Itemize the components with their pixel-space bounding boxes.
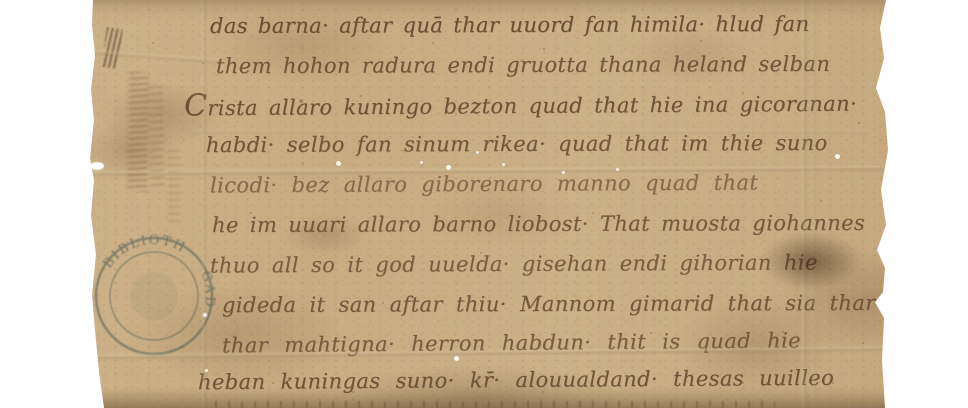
fold-crease — [812, 0, 816, 408]
dark-stain — [762, 232, 862, 290]
fold-crease — [802, 0, 806, 408]
manuscript-text-line: them hohon radura endi gruotta thana hel… — [216, 51, 830, 79]
margin-bleedthrough-text — [168, 150, 180, 222]
manuscript-photo: BIBLIOTH GAD das barna· aftar quā thar u… — [0, 0, 968, 408]
manuscript-text-line: thuo all so it god uuelda· gisehan endi … — [210, 249, 818, 278]
parchment-hole — [203, 313, 207, 317]
partial-bottom-line — [215, 401, 775, 408]
manuscript-text-line: Crista allaro kuningo bezton quad that h… — [184, 89, 857, 122]
parchment-sheet: BIBLIOTH GAD das barna· aftar quā thar u… — [0, 0, 968, 408]
fold-crease — [190, 129, 868, 134]
manuscript-text-line: habdi· selbo fan sinum rikea· quad that … — [206, 130, 828, 158]
manuscript-text-line: das barna· aftar quā thar uuord fan himi… — [210, 11, 810, 39]
manuscript-text-line: heban kuningas suno· kr̄· alouualdand· t… — [198, 365, 834, 395]
wax-specks — [0, 0, 3, 3]
fold-crease — [202, 0, 206, 408]
parchment-speckle-stains — [0, 0, 2, 2]
parchment-hole — [90, 162, 104, 170]
manuscript-text-line: gideda it san aftar thiu· Mannom gimarid… — [222, 290, 876, 318]
